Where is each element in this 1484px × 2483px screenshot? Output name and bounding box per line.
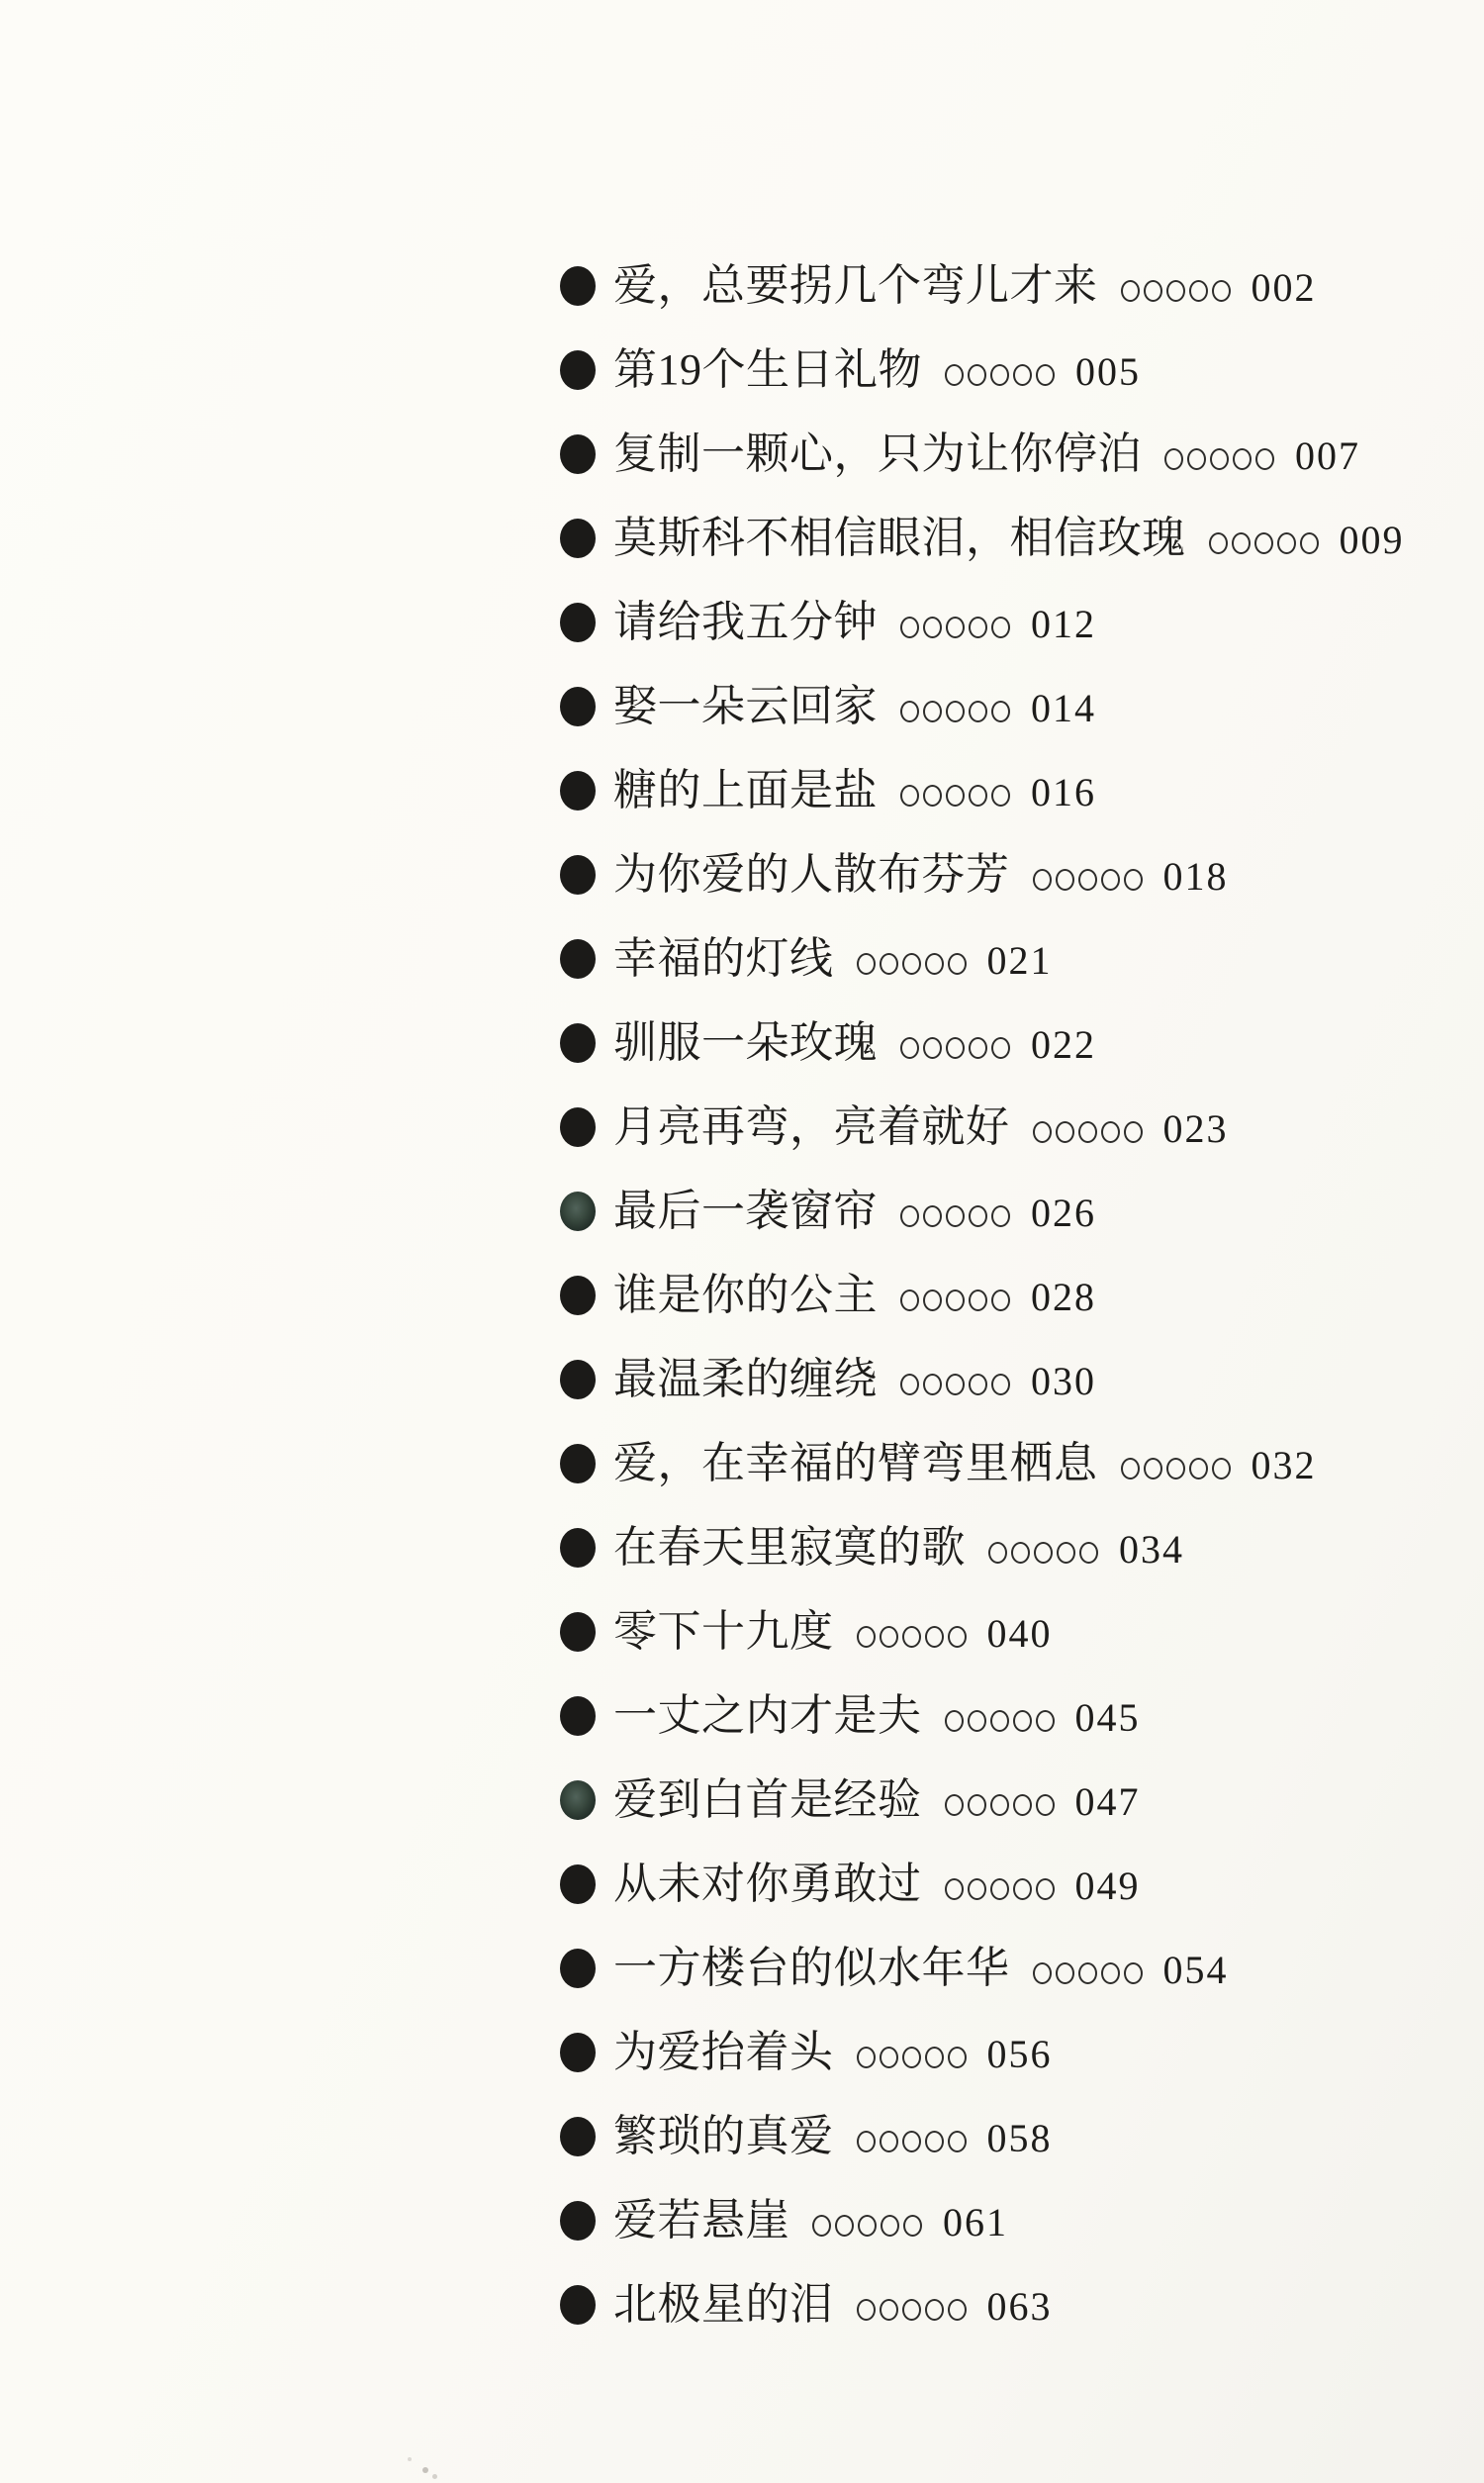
toc-entry-page: 016	[1031, 773, 1096, 812]
bullet-icon	[560, 1780, 596, 1820]
leader-circle-icon	[925, 1626, 944, 1648]
leader-circles	[945, 1794, 1055, 1816]
leader-circle-icon	[991, 1037, 1010, 1059]
leader-circle-icon	[1011, 1542, 1030, 1564]
leader-circle-icon	[946, 617, 965, 638]
leader-circles	[900, 617, 1010, 638]
toc-entry: 在春天里寂寞的歌 034	[560, 1505, 1405, 1589]
leader-circles	[945, 1878, 1055, 1900]
toc-entry-title: 娶一朵云回家	[613, 685, 878, 728]
leader-circle-icon	[900, 701, 919, 722]
toc-entry-page: 009	[1340, 521, 1405, 560]
leader-circle-icon	[1255, 448, 1274, 470]
leader-circles	[812, 2215, 922, 2237]
leader-circles	[988, 1542, 1098, 1564]
leader-circle-icon	[1166, 280, 1185, 302]
toc-entry-title: 最后一袭窗帘	[613, 1190, 878, 1233]
toc-entry-page: 028	[1031, 1278, 1096, 1317]
bullet-icon	[560, 1276, 596, 1315]
leader-circle-icon	[1166, 1458, 1185, 1480]
toc-entry: 从未对你勇敢过 049	[560, 1842, 1405, 1926]
leader-circle-icon	[991, 617, 1010, 638]
leader-circle-icon	[1121, 1458, 1140, 1480]
toc-entry-title: 爱，在幸福的臂弯里栖息	[613, 1442, 1098, 1485]
leader-circle-icon	[923, 1205, 942, 1227]
leader-circle-icon	[900, 1205, 919, 1227]
leader-circle-icon	[945, 1794, 964, 1816]
toc-entry-title: 第19个生日礼物	[613, 348, 922, 392]
leader-circle-icon	[923, 1374, 942, 1395]
leader-circle-icon	[923, 785, 942, 807]
leader-circle-icon	[1124, 869, 1143, 891]
leader-circles	[1033, 1962, 1143, 1984]
toc-entry-page: 058	[987, 2119, 1053, 2158]
toc-entry-page: 014	[1031, 689, 1096, 728]
toc-entry: 为爱抬着头 056	[560, 2010, 1405, 2094]
toc-entry-title: 驯服一朵玫瑰	[613, 1021, 878, 1065]
toc-entry-page: 030	[1031, 1362, 1096, 1401]
bullet-icon	[560, 519, 596, 558]
bullet-icon	[560, 2285, 596, 2325]
leader-circle-icon	[902, 2047, 921, 2068]
bullet-icon	[560, 603, 596, 642]
toc-entry: 复制一颗心，只为让你停泊 007	[560, 412, 1405, 496]
leader-circles	[857, 2131, 967, 2152]
leader-circle-icon	[900, 1289, 919, 1311]
toc-entry: 最后一袭窗帘 026	[560, 1169, 1405, 1253]
leader-circle-icon	[969, 617, 987, 638]
toc-entry: 为你爱的人散布芬芳 018	[560, 832, 1405, 916]
leader-circles	[1209, 532, 1319, 554]
bullet-icon	[560, 1949, 596, 1988]
leader-circle-icon	[925, 2131, 944, 2152]
leader-circle-icon	[991, 1374, 1010, 1395]
leader-circles	[1033, 1121, 1143, 1143]
leader-circle-icon	[1277, 532, 1296, 554]
leader-circle-icon	[1036, 1794, 1055, 1816]
toc-entry-title: 爱若悬崖	[613, 2199, 789, 2243]
leader-circle-icon	[923, 1037, 942, 1059]
leader-circle-icon	[1056, 1962, 1074, 1984]
toc-entry-page: 061	[943, 2203, 1008, 2243]
leader-circle-icon	[1121, 280, 1140, 302]
leader-circles	[857, 2047, 967, 2068]
leader-circle-icon	[925, 2047, 944, 2068]
toc-entry-title: 为你爱的人散布芬芳	[613, 853, 1010, 897]
leader-circle-icon	[948, 953, 967, 975]
leader-circles	[900, 1289, 1010, 1311]
toc-entry: 爱，总要拐几个弯儿才来 002	[560, 243, 1405, 328]
leader-circle-icon	[1144, 1458, 1162, 1480]
leader-circle-icon	[1124, 1121, 1143, 1143]
leader-circle-icon	[946, 1374, 965, 1395]
leader-circle-icon	[1057, 1542, 1075, 1564]
leader-circle-icon	[948, 1626, 967, 1648]
toc-entry: 糖的上面是盐 016	[560, 748, 1405, 832]
leader-circle-icon	[990, 1878, 1009, 1900]
leader-circle-icon	[968, 1710, 986, 1732]
toc-entry-title: 一方楼台的似水年华	[613, 1947, 1010, 1990]
leader-circle-icon	[857, 2047, 876, 2068]
leader-circle-icon	[969, 1374, 987, 1395]
leader-circles	[857, 2299, 967, 2321]
leader-circle-icon	[900, 1037, 919, 1059]
leader-circle-icon	[1036, 364, 1055, 386]
leader-circle-icon	[812, 2215, 831, 2237]
leader-circles	[945, 1710, 1055, 1732]
toc-entry-page: 005	[1075, 352, 1141, 392]
toc-entry-title: 谁是你的公主	[613, 1274, 878, 1317]
toc-entry-title: 最温柔的缠绕	[613, 1358, 878, 1401]
leader-circle-icon	[991, 1289, 1010, 1311]
leader-circle-icon	[880, 2131, 898, 2152]
leader-circle-icon	[1300, 532, 1319, 554]
leader-circle-icon	[1144, 280, 1162, 302]
toc-entry-title: 请给我五分钟	[613, 601, 878, 644]
scan-speck	[408, 2457, 412, 2461]
toc-entry-page: 047	[1075, 1782, 1141, 1822]
toc-entry: 爱到白首是经验 047	[560, 1758, 1405, 1842]
leader-circles	[900, 1374, 1010, 1395]
leader-circle-icon	[1013, 1878, 1032, 1900]
leader-circle-icon	[969, 1289, 987, 1311]
leader-circles	[1121, 1458, 1231, 1480]
toc-entry: 娶一朵云回家 014	[560, 664, 1405, 748]
leader-circle-icon	[1210, 448, 1229, 470]
leader-circles	[857, 953, 967, 975]
leader-circle-icon	[948, 2047, 967, 2068]
leader-circle-icon	[900, 785, 919, 807]
leader-circle-icon	[880, 1626, 898, 1648]
toc-entry-title: 从未对你勇敢过	[613, 1862, 922, 1906]
bullet-icon	[560, 855, 596, 895]
leader-circles	[1121, 280, 1231, 302]
leader-circle-icon	[969, 1037, 987, 1059]
bullet-icon	[560, 1192, 596, 1231]
leader-circle-icon	[1187, 448, 1206, 470]
bullet-icon	[560, 1612, 596, 1652]
toc-entry-page: 063	[987, 2287, 1053, 2327]
toc-entry-page: 040	[987, 1614, 1053, 1654]
toc-entry: 幸福的灯线 021	[560, 916, 1405, 1001]
leader-circles	[1164, 448, 1274, 470]
leader-circle-icon	[923, 1289, 942, 1311]
toc-entry: 爱，在幸福的臂弯里栖息 032	[560, 1421, 1405, 1505]
toc-entry-page: 045	[1075, 1698, 1141, 1738]
toc-entry-page: 034	[1119, 1530, 1184, 1570]
leader-circle-icon	[991, 1205, 1010, 1227]
leader-circle-icon	[991, 785, 1010, 807]
toc-entry-title: 幸福的灯线	[613, 937, 834, 981]
toc-entry-title: 零下十九度	[613, 1610, 834, 1654]
toc-entry: 月亮再弯，亮着就好 023	[560, 1085, 1405, 1169]
leader-circle-icon	[880, 953, 898, 975]
leader-circle-icon	[880, 2047, 898, 2068]
leader-circle-icon	[1209, 532, 1228, 554]
bullet-icon	[560, 1696, 596, 1736]
leader-circle-icon	[1033, 1121, 1052, 1143]
leader-circle-icon	[1033, 1962, 1052, 1984]
toc-entry: 繁琐的真爱 058	[560, 2094, 1405, 2178]
leader-circle-icon	[968, 364, 986, 386]
leader-circle-icon	[1101, 1962, 1120, 1984]
leader-circle-icon	[1056, 869, 1074, 891]
toc-entry-title: 北极星的泪	[613, 2283, 834, 2327]
toc-entry-title: 在春天里寂寞的歌	[613, 1526, 966, 1570]
toc-entry-title: 爱到白首是经验	[613, 1778, 922, 1822]
leader-circle-icon	[1078, 869, 1097, 891]
leader-circle-icon	[946, 1205, 965, 1227]
toc-entry: 请给我五分钟 012	[560, 580, 1405, 664]
leader-circle-icon	[969, 701, 987, 722]
leader-circle-icon	[1036, 1878, 1055, 1900]
leader-circle-icon	[858, 2215, 877, 2237]
leader-circle-icon	[990, 1710, 1009, 1732]
toc-entry-title: 一丈之内才是夫	[613, 1694, 922, 1738]
leader-circle-icon	[968, 1794, 986, 1816]
leader-circle-icon	[946, 1037, 965, 1059]
leader-circles	[900, 785, 1010, 807]
leader-circle-icon	[1254, 532, 1273, 554]
bullet-icon	[560, 1107, 596, 1147]
leader-circle-icon	[969, 1205, 987, 1227]
leader-circle-icon	[946, 1289, 965, 1311]
leader-circle-icon	[969, 785, 987, 807]
bullet-icon	[560, 434, 596, 474]
leader-circle-icon	[923, 617, 942, 638]
leader-circle-icon	[1164, 448, 1183, 470]
bullet-icon	[560, 1023, 596, 1063]
leader-circle-icon	[948, 2299, 967, 2321]
bullet-icon	[560, 266, 596, 306]
toc-entry: 北极星的泪 063	[560, 2262, 1405, 2346]
bullet-icon	[560, 2201, 596, 2241]
leader-circle-icon	[988, 1542, 1007, 1564]
toc-entry-page: 056	[987, 2035, 1053, 2074]
leader-circle-icon	[925, 2299, 944, 2321]
toc-entry-page: 022	[1031, 1025, 1096, 1065]
leader-circle-icon	[900, 617, 919, 638]
book-toc-page: 爱，总要拐几个弯儿才来 002 第19个生日礼物 005 复制一颗心，只为让你停…	[0, 0, 1484, 2483]
bullet-icon	[560, 687, 596, 726]
leader-circle-icon	[1189, 280, 1208, 302]
leader-circle-icon	[1232, 532, 1251, 554]
leader-circle-icon	[1078, 1962, 1097, 1984]
leader-circle-icon	[857, 1626, 876, 1648]
toc-entry-page: 054	[1163, 1951, 1229, 1990]
leader-circle-icon	[1233, 448, 1252, 470]
toc-entry-title: 月亮再弯，亮着就好	[613, 1105, 1010, 1149]
leader-circle-icon	[945, 364, 964, 386]
leader-circles	[857, 1626, 967, 1648]
leader-circle-icon	[880, 2299, 898, 2321]
toc-entry-title: 莫斯科不相信眼泪，相信玫瑰	[613, 517, 1186, 560]
leader-circle-icon	[1101, 1121, 1120, 1143]
leader-circle-icon	[902, 953, 921, 975]
toc-entry: 一方楼台的似水年华 054	[560, 1926, 1405, 2010]
toc-entry-title: 糖的上面是盐	[613, 769, 878, 812]
leader-circle-icon	[1033, 869, 1052, 891]
leader-circle-icon	[1013, 1710, 1032, 1732]
toc-entry: 驯服一朵玫瑰 022	[560, 1001, 1405, 1085]
scan-speck	[422, 2467, 428, 2473]
leader-circles	[900, 701, 1010, 722]
leader-circle-icon	[902, 2131, 921, 2152]
bullet-icon	[560, 771, 596, 811]
leader-circle-icon	[946, 785, 965, 807]
leader-circle-icon	[835, 2215, 854, 2237]
leader-circle-icon	[925, 953, 944, 975]
leader-circles	[900, 1205, 1010, 1227]
bullet-icon	[560, 1360, 596, 1399]
bullet-icon	[560, 350, 596, 390]
toc-entry-title: 爱，总要拐几个弯儿才来	[613, 264, 1098, 308]
toc-entry: 最温柔的缠绕 030	[560, 1337, 1405, 1421]
leader-circle-icon	[990, 1794, 1009, 1816]
leader-circles	[1033, 869, 1143, 891]
leader-circle-icon	[923, 701, 942, 722]
bullet-icon	[560, 1444, 596, 1483]
leader-circle-icon	[1034, 1542, 1053, 1564]
leader-circle-icon	[857, 2299, 876, 2321]
toc-entry-title: 复制一颗心，只为让你停泊	[613, 432, 1142, 476]
leader-circle-icon	[946, 701, 965, 722]
leader-circle-icon	[857, 953, 876, 975]
leader-circle-icon	[1124, 1962, 1143, 1984]
bullet-icon	[560, 939, 596, 979]
leader-circle-icon	[1036, 1710, 1055, 1732]
toc-list: 爱，总要拐几个弯儿才来 002 第19个生日礼物 005 复制一颗心，只为让你停…	[560, 243, 1405, 2346]
toc-entry: 莫斯科不相信眼泪，相信玫瑰 009	[560, 496, 1405, 580]
toc-entry: 一丈之内才是夫 045	[560, 1673, 1405, 1758]
leader-circle-icon	[1212, 280, 1231, 302]
bullet-icon	[560, 1864, 596, 1904]
toc-entry-page: 023	[1163, 1109, 1229, 1149]
toc-entry-page: 049	[1075, 1866, 1141, 1906]
toc-entry-title: 为爱抬着头	[613, 2031, 834, 2074]
leader-circle-icon	[903, 2215, 922, 2237]
toc-entry-title: 繁琐的真爱	[613, 2115, 834, 2158]
toc-entry-page: 018	[1163, 857, 1229, 897]
toc-entry: 零下十九度 040	[560, 1589, 1405, 1673]
toc-entry: 谁是你的公主 028	[560, 1253, 1405, 1337]
leader-circle-icon	[902, 1626, 921, 1648]
toc-entry-page: 021	[987, 941, 1053, 981]
bullet-icon	[560, 2033, 596, 2072]
leader-circle-icon	[902, 2299, 921, 2321]
leader-circle-icon	[1212, 1458, 1231, 1480]
leader-circle-icon	[900, 1374, 919, 1395]
leader-circle-icon	[1013, 1794, 1032, 1816]
leader-circle-icon	[948, 2131, 967, 2152]
leader-circle-icon	[945, 1710, 964, 1732]
bullet-icon	[560, 2117, 596, 2156]
leader-circle-icon	[945, 1878, 964, 1900]
bullet-icon	[560, 1528, 596, 1568]
leader-circle-icon	[1079, 1542, 1098, 1564]
leader-circle-icon	[1078, 1121, 1097, 1143]
toc-entry-page: 007	[1295, 436, 1360, 476]
leader-circles	[900, 1037, 1010, 1059]
toc-entry: 第19个生日礼物 005	[560, 328, 1405, 412]
scan-speck	[432, 2474, 437, 2479]
leader-circle-icon	[990, 364, 1009, 386]
leader-circle-icon	[881, 2215, 899, 2237]
toc-entry-page: 012	[1031, 605, 1096, 644]
toc-entry-page: 002	[1252, 268, 1317, 308]
leader-circle-icon	[991, 701, 1010, 722]
leader-circle-icon	[1189, 1458, 1208, 1480]
leader-circle-icon	[1101, 869, 1120, 891]
toc-entry-page: 032	[1252, 1446, 1317, 1485]
toc-entry-page: 026	[1031, 1194, 1096, 1233]
leader-circle-icon	[857, 2131, 876, 2152]
leader-circle-icon	[1056, 1121, 1074, 1143]
toc-entry: 爱若悬崖 061	[560, 2178, 1405, 2262]
leader-circle-icon	[1013, 364, 1032, 386]
leader-circle-icon	[968, 1878, 986, 1900]
leader-circles	[945, 364, 1055, 386]
